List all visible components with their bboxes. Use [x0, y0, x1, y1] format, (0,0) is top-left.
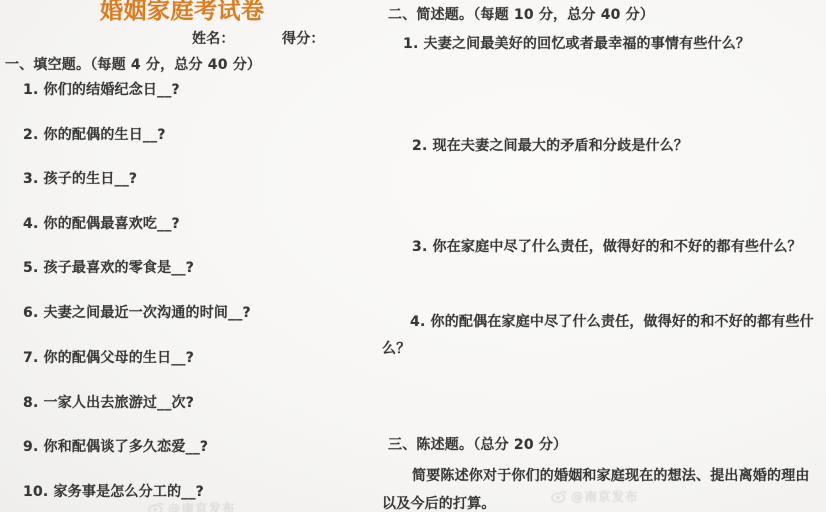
section-heading: 三、陈述题。（总分 20 分）	[388, 436, 567, 454]
question-item: 1. 你们的结婚纪念日__?	[23, 81, 180, 99]
question-item: 4. 你的配偶最喜欢吃__?	[23, 215, 180, 233]
question-item: 2. 现在夫妻之间最大的矛盾和分歧是什么？	[382, 133, 819, 160]
question-item: 6. 夫妻之间最近一次沟通的时间__?	[23, 304, 251, 322]
weibo-watermark: @南京发布	[551, 487, 639, 505]
watermark-text: @南京发布	[571, 487, 639, 505]
question-item: 8. 一家人出去旅游过__次?	[23, 394, 194, 412]
question-item: 2. 你的配偶的生日__?	[23, 126, 166, 144]
question-item: 1. 夫妻之间最美好的回忆或者最幸福的事情有些什么？	[382, 31, 819, 58]
section-heading: 二、简述题。（每题 10 分，总分 40 分）	[388, 6, 654, 24]
weibo-logo-icon	[148, 501, 164, 512]
weibo-watermark: @南京发布	[148, 499, 236, 512]
question-item: 5. 孩子最喜欢的零食是__?	[23, 259, 194, 277]
watermark-text: @南京发布	[168, 499, 236, 512]
weibo-logo-icon	[551, 489, 567, 503]
name-label: 姓名：	[192, 30, 235, 48]
question-item: 4. 你的配偶在家庭中尽了什么责任，做得好的和不好的都有些什么？	[382, 309, 819, 363]
question-item: 3. 孩子的生日__?	[23, 170, 137, 188]
question-item: 9. 你和配偶谈了多久恋爱__?	[23, 438, 208, 456]
question-item: 3. 你在家庭中尽了什么责任，做得好的和不好的都有些什么？	[382, 234, 819, 261]
score-label: 得分：	[282, 30, 325, 48]
question-item: 7. 你的配偶父母的生日__?	[23, 349, 194, 367]
exam-paper: 婚姻家庭考试卷 姓名： 得分： 一、填空题。（每题 4 分，总分 40 分） 1…	[0, 0, 826, 512]
page-title: 婚姻家庭考试卷	[100, 2, 265, 20]
section-heading: 一、填空题。（每题 4 分，总分 40 分）	[5, 56, 261, 74]
